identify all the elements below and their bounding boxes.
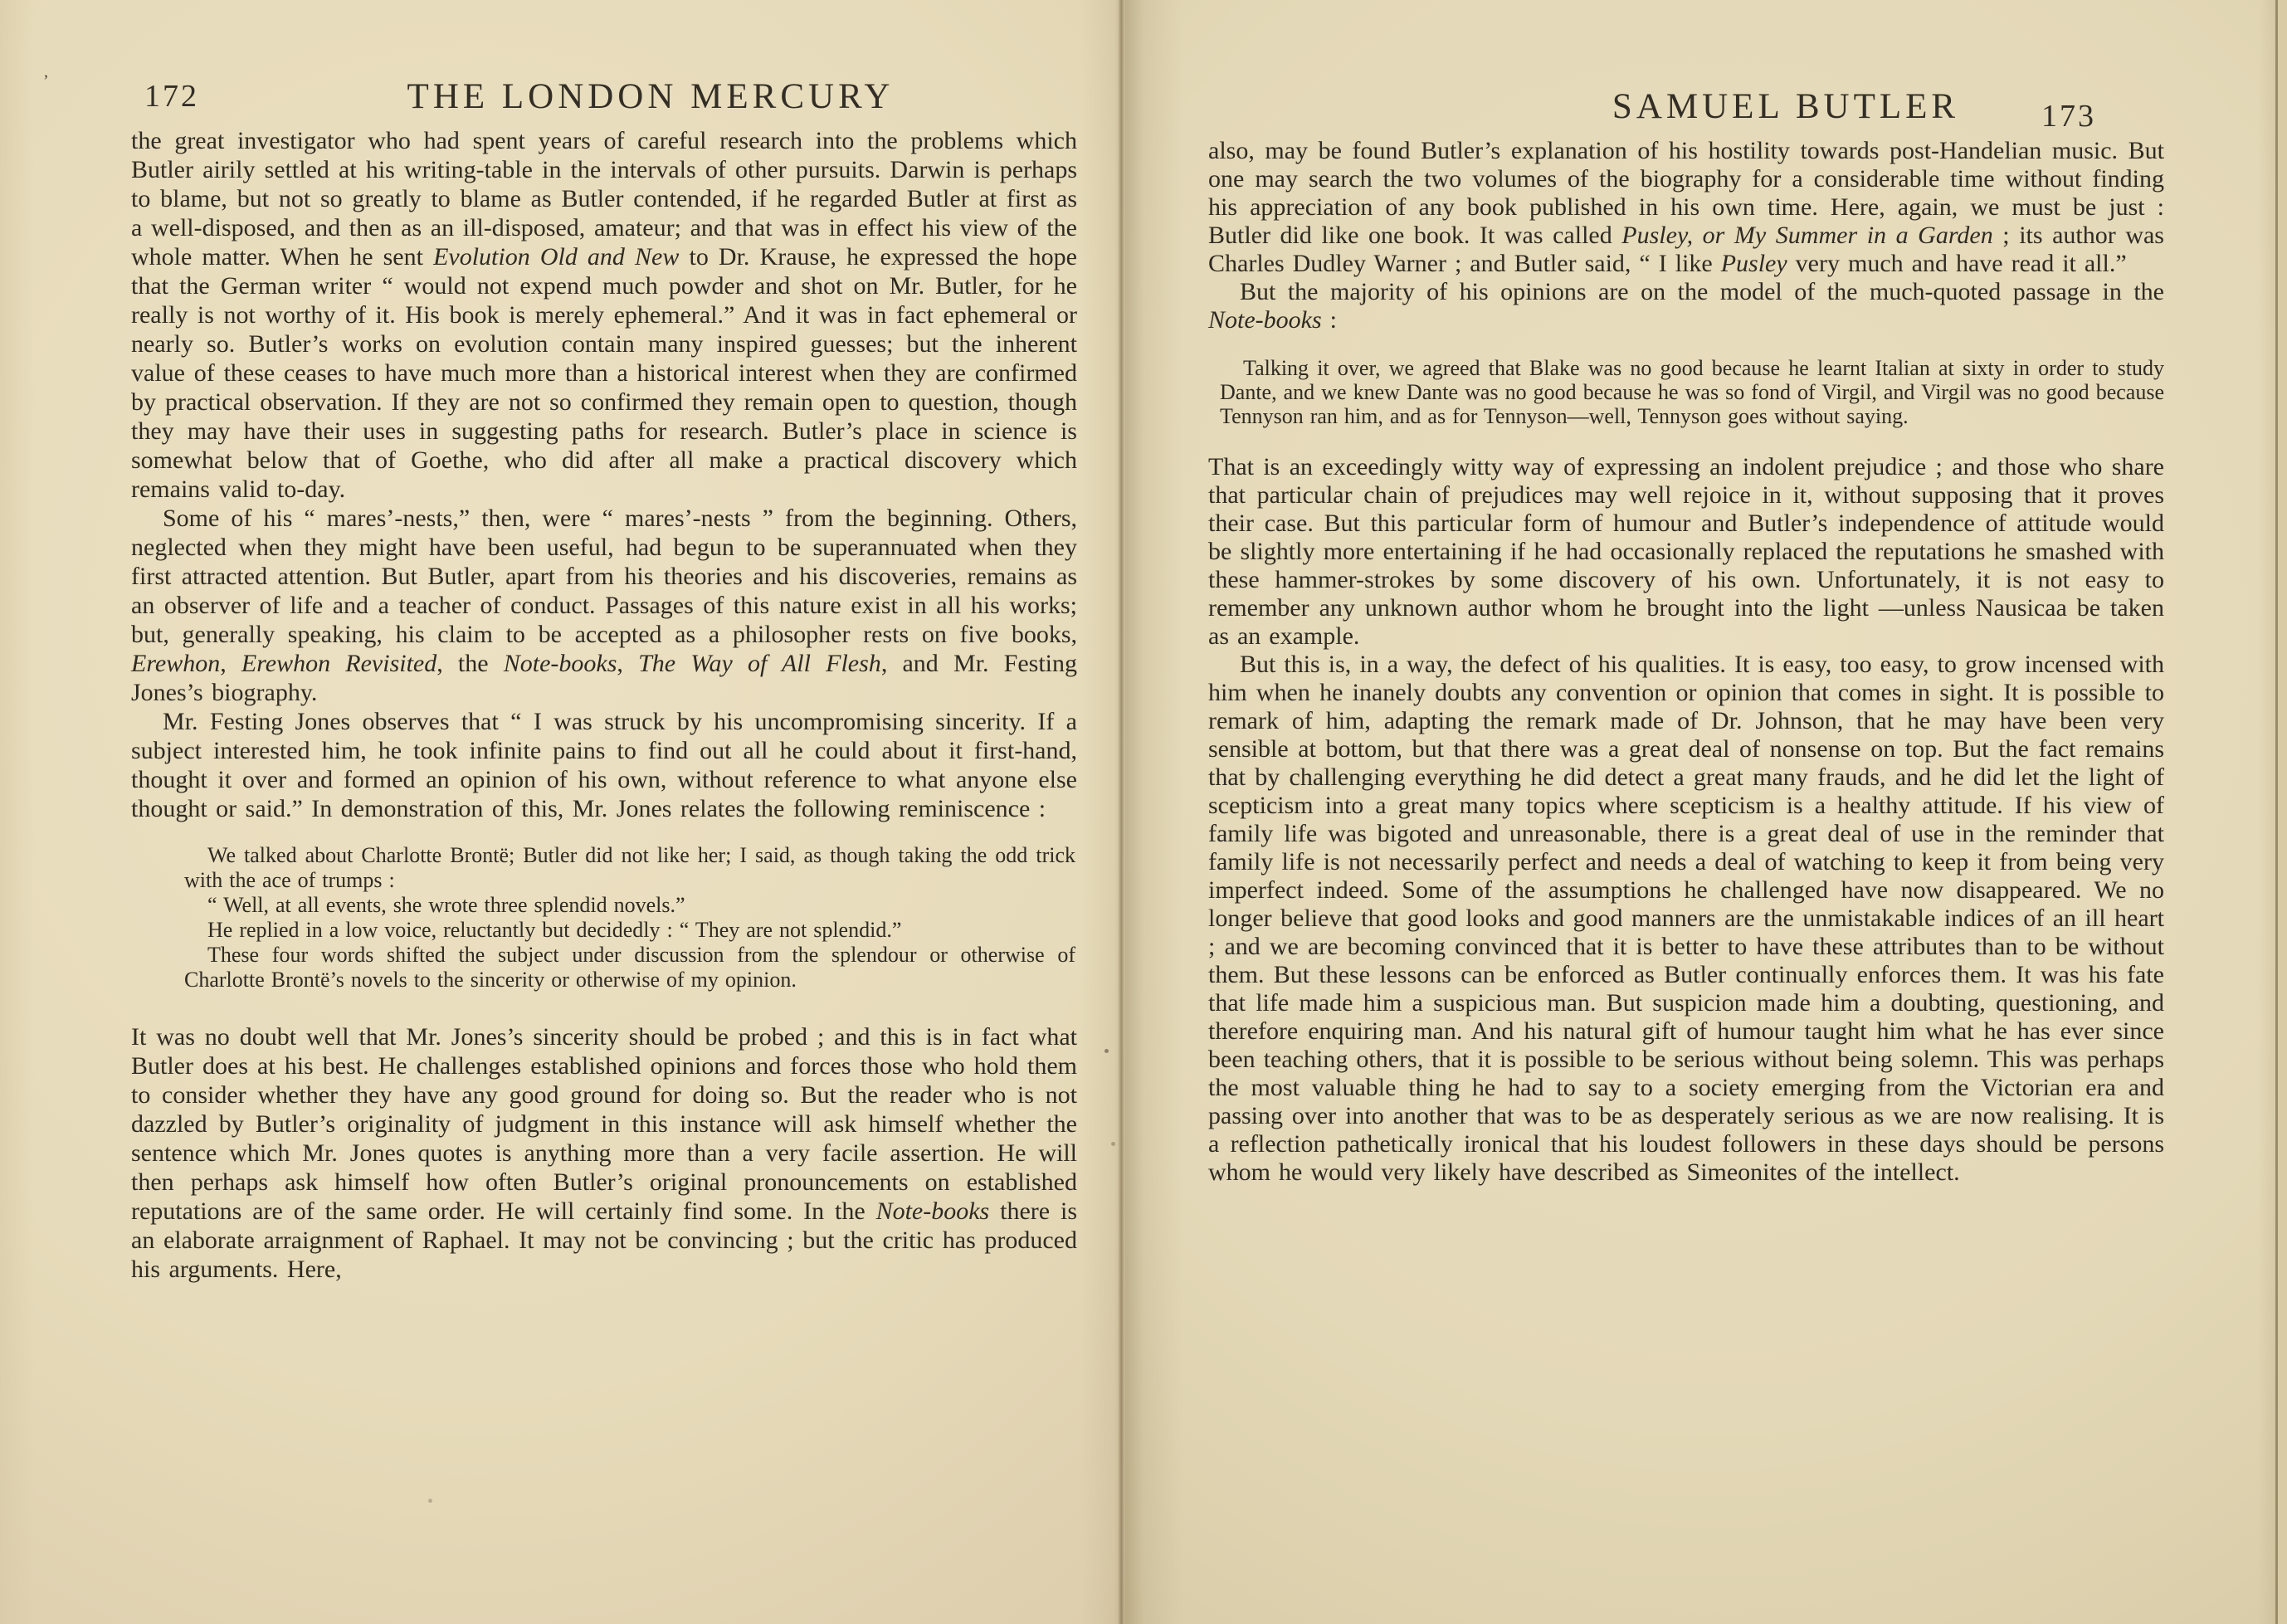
right-running-title: SAMUEL BUTLER [1308,86,2264,127]
reminiscence-blockquote: We talked about Charlotte Brontë; Butler… [184,843,1075,992]
left-running-head: 172 THE LONDON MERCURY [131,76,1077,123]
body-paragraph: Some of his “ mares’-nests,” then, were … [131,504,1077,707]
body-paragraph: the great investigator who had spent yea… [131,126,1077,504]
ink-speck [428,1499,432,1503]
blockquote-paragraph: Talking it over, we agreed that Blake wa… [1220,356,2164,428]
body-paragraph: But this is, in a way, the defect of his… [1208,651,2164,1187]
ink-speck [1104,1049,1109,1053]
left-page: 172 THE LONDON MERCURY the great investi… [0,0,1125,1624]
body-paragraph: That is an exceedingly witty way of expr… [1208,453,2164,651]
right-text-column: also, may be found Butler’s explanation … [1208,137,2164,1187]
blockquote-paragraph: “ Well, at all events, she wrote three s… [184,893,1075,918]
ink-speck [1111,1142,1115,1146]
body-paragraph: Mr. Festing Jones observes that “ I was … [131,707,1077,823]
book-scan: { "colors": { "paper": "#e6dbba", "ink":… [0,0,2287,1624]
ink-speck: ʼ [43,73,49,90]
body-paragraph: It was no doubt well that Mr. Jones’s si… [131,1022,1077,1284]
left-text-column: the great investigator who had spent yea… [131,126,1077,1284]
right-page: SAMUEL BUTLER 173 also, may be found But… [1125,0,2287,1624]
blockquote-paragraph: These four words shifted the subject und… [184,943,1075,992]
right-page-number: 173 [2041,98,2096,134]
notebooks-blockquote: Talking it over, we agreed that Blake wa… [1220,356,2164,428]
blockquote-paragraph: He replied in a low voice, reluctantly b… [184,918,1075,943]
book-spread: 172 THE LONDON MERCURY the great investi… [0,0,2287,1624]
gutter-crease [1118,0,1124,1624]
right-running-head: SAMUEL BUTLER 173 [1208,86,2164,133]
body-paragraph: But the majority of his opinions are on … [1208,278,2164,334]
page-edge [2275,0,2287,1624]
body-paragraph: also, may be found Butler’s explanation … [1208,137,2164,278]
left-running-title: THE LONDON MERCURY [178,76,1124,117]
blockquote-paragraph: We talked about Charlotte Brontë; Butler… [184,843,1075,893]
